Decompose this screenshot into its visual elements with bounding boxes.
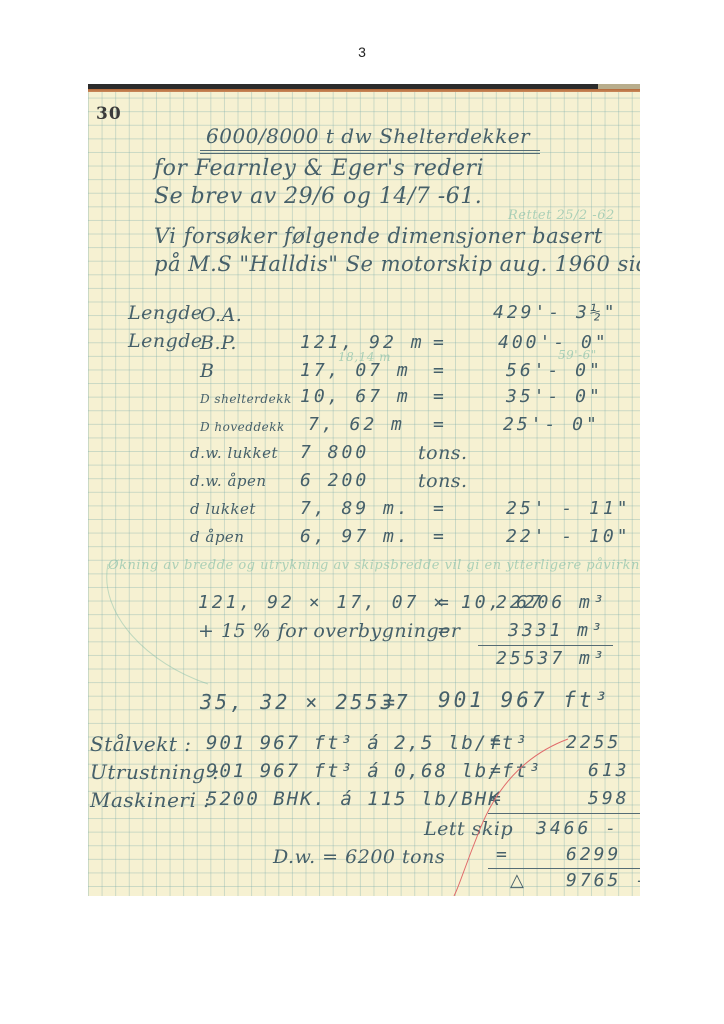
volume-line-2-expr: + 15 % for overbygninger: [198, 620, 460, 642]
deadweight-line-eq: =: [496, 844, 510, 865]
dim-row-1-label-a: Lengde: [128, 302, 203, 324]
dw-row-1-value: 7 800: [300, 442, 369, 463]
volume-line-1-eq: =: [438, 592, 452, 613]
notebook-binding: [88, 84, 640, 92]
volume-line-1-value: 22206 m³: [496, 592, 607, 613]
subtitle-line-2: Se brev av 29/6 og 14/7 -61.: [154, 184, 482, 209]
dw-row-2-value: 6 200: [300, 470, 369, 491]
volume-sum-rule: [478, 645, 613, 646]
volume-line-1-expr: 121, 92 × 17, 07 × 10, 67: [198, 592, 544, 613]
dim-row-4-label-b: D shelterdekk: [200, 392, 292, 406]
displacement-sum-rule: [488, 868, 640, 869]
dw-row-4-imperial: 22' - 10": [506, 526, 631, 547]
dim-row-4-eq: =: [433, 386, 447, 407]
dim-row-2-label-a: Lengde: [128, 330, 203, 352]
dw-row-4-label: d åpen: [190, 528, 244, 546]
dim-row-3-eq: =: [433, 360, 447, 381]
intro-line-2: på M.S "Halldis" Se motorskip aug. 1960 …: [154, 252, 640, 276]
dim-row-1-imperial: 429'- 3½": [493, 302, 618, 323]
dw-row-2-label: d.w. åpen: [190, 472, 267, 490]
weight-row-2-eq: =: [490, 760, 504, 781]
displacement-value: 9765 -: [566, 870, 640, 891]
dw-row-3-label: d lukket: [190, 500, 256, 518]
faint-pencil-note: Økning av bredde og utrykning av skipsbr…: [108, 558, 640, 573]
ledger-sheet: 30 6000/8000 t dw Shelterdekker for Fear…: [88, 84, 640, 896]
dim-row-4-imperial: 35'- 0": [506, 386, 603, 407]
dim-row-2-eq: =: [433, 332, 447, 353]
weight-row-1-label: Stålvekt :: [90, 732, 191, 756]
conversion-eq: =: [383, 690, 398, 714]
weights-sum-rule: [488, 813, 640, 814]
page-number: 3: [0, 44, 724, 60]
weight-row-2-value: 613: [588, 760, 630, 781]
weight-row-1-value: 2255: [566, 732, 621, 753]
title-underline-2: [200, 153, 540, 154]
light-ship-value: 3466 -: [536, 818, 619, 839]
deadweight-line-label: D.w. = 6200 tons: [273, 846, 445, 868]
dim-row-1-label-b: O.A.: [200, 304, 242, 326]
weight-row-3-eq: =: [490, 788, 504, 809]
dw-row-3-imperial: 25' - 11": [506, 498, 631, 519]
dw-row-3-eq: =: [433, 498, 447, 519]
dim-row-2-label-b: B.P.: [200, 332, 237, 354]
intro-line-1: Vi forsøker følgende dimensjoner basert: [154, 224, 603, 248]
dim-row-5-label-b: D hoveddekk: [200, 420, 285, 434]
dim-row-3-metric: 17, 07 m: [300, 360, 411, 381]
binding-tab: [598, 84, 640, 89]
dim-row-5-metric: 7, 62 m: [308, 414, 405, 435]
weight-row-3-expr: 5200 BHK. á 115 lb/BHK: [206, 788, 502, 810]
weight-row-3-label: Maskineri :: [90, 788, 210, 812]
title-underline: [200, 150, 540, 151]
volume-line-2-value: 3331 m³: [508, 620, 605, 641]
dw-row-2-unit: tons.: [418, 470, 468, 492]
dim-row-3-label-b: B: [200, 360, 214, 382]
dw-row-1-unit: tons.: [418, 442, 468, 464]
volume-line-2-eq: =: [438, 620, 452, 641]
conversion-expr: 35, 32 × 25537: [200, 690, 411, 714]
dim-row-4-metric: 10, 67 m: [300, 386, 411, 407]
delta-icon: △: [510, 870, 524, 891]
dw-row-4-value: 6, 97 m.: [300, 526, 411, 547]
dw-row-3-value: 7, 89 m.: [300, 498, 411, 519]
page-stamp-number: 30: [96, 104, 122, 124]
weight-row-1-expr: 901 967 ft³ á 2,5 lb/ft³: [206, 732, 529, 754]
dw-row-1-label: d.w. lukket: [190, 444, 278, 462]
sheet-title: 6000/8000 t dw Shelterdekker: [206, 124, 530, 148]
subtitle-line-1: for Fearnley & Eger's rederi: [154, 156, 484, 181]
dw-row-4-eq: =: [433, 526, 447, 547]
dim-row-5-eq: =: [433, 414, 447, 435]
volume-total: 25537 m³: [496, 648, 607, 669]
light-ship-label: Lett skip: [424, 818, 513, 840]
dim-row-3-imperial: 56'- 0": [506, 360, 603, 381]
margin-note: Rettet 25/2 -62: [508, 208, 615, 223]
weight-row-3-value: 598: [588, 788, 630, 809]
dim-row-5-imperial: 25'- 0": [503, 414, 600, 435]
conversion-value: 901 967 ft³: [438, 688, 610, 712]
weight-row-2-label: Utrustning :: [90, 760, 220, 784]
weight-row-1-eq: =: [490, 732, 504, 753]
deadweight-line-value: 6299: [566, 844, 621, 865]
